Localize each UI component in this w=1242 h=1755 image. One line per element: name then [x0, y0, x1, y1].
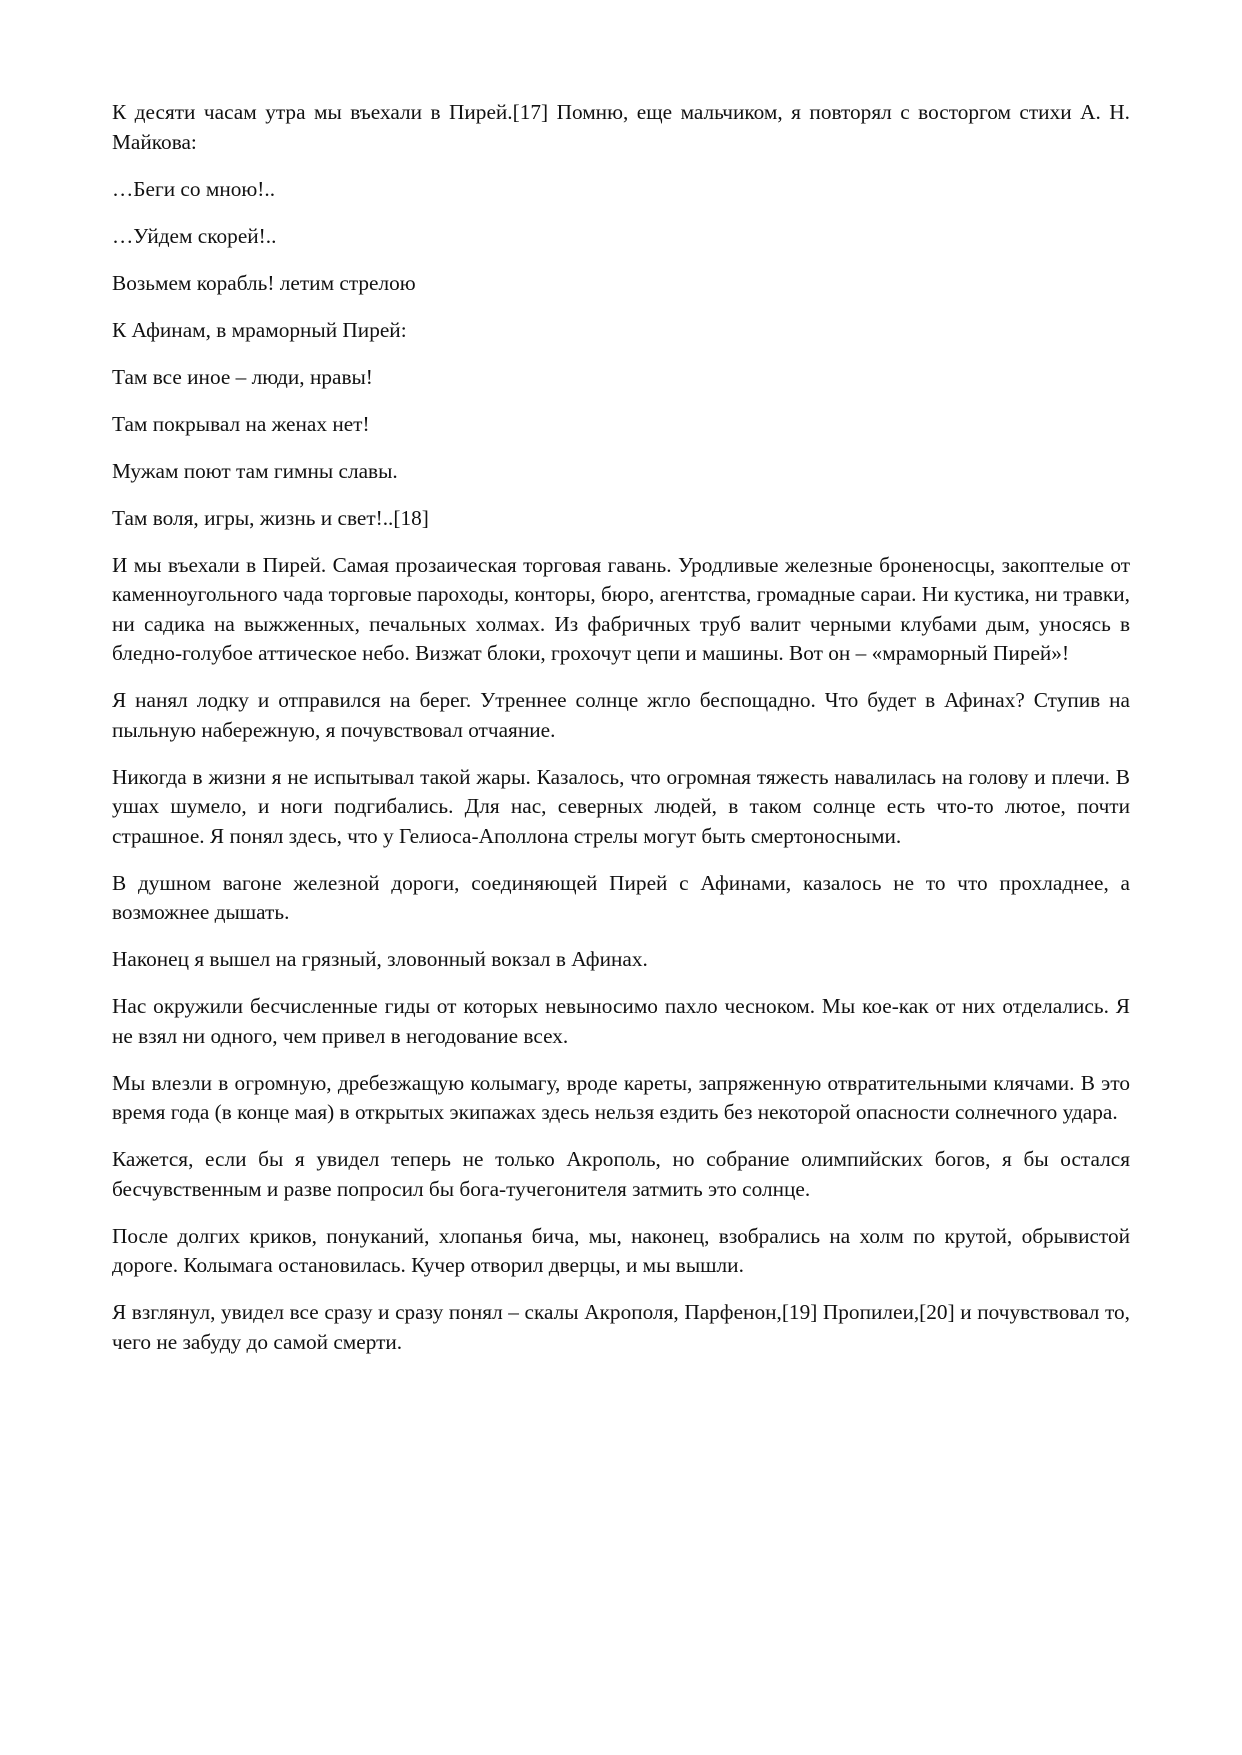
- paragraph-harbor-description: И мы въехали в Пирей. Самая прозаическая…: [112, 551, 1130, 669]
- paragraph-arrival-piraeus: К десяти часам утра мы въехали в Пирей.[…: [112, 98, 1130, 157]
- verse-line-1: …Беги со мною!..: [112, 175, 1130, 205]
- paragraph-heat: Никогда в жизни я не испытывал такой жар…: [112, 763, 1130, 852]
- verse-line-8: Там воля, игры, жизнь и свет!..[18]: [112, 504, 1130, 534]
- paragraph-acropolis-indifference: Кажется, если бы я увидел теперь не толь…: [112, 1145, 1130, 1204]
- paragraph-carriage-ride: Мы влезли в огромную, дребезжащую колыма…: [112, 1069, 1130, 1128]
- paragraph-guides: Нас окружили бесчисленные гиды от которы…: [112, 992, 1130, 1051]
- document-page: К десяти часам утра мы въехали в Пирей.[…: [112, 98, 1130, 1375]
- paragraph-first-sight: Я взглянул, увидел все сразу и сразу пон…: [112, 1298, 1130, 1357]
- paragraph-athens-station: Наконец я вышел на грязный, зловонный во…: [112, 945, 1130, 975]
- paragraph-railway-carriage: В душном вагоне железной дороги, соединя…: [112, 869, 1130, 928]
- verse-line-7: Мужам поют там гимны славы.: [112, 457, 1130, 487]
- verse-line-6: Там покрывал на женах нет!: [112, 410, 1130, 440]
- verse-line-3: Возьмем корабль! летим стрелою: [112, 269, 1130, 299]
- verse-line-2: …Уйдем скорей!..: [112, 222, 1130, 252]
- paragraph-hill-climb: После долгих криков, понуканий, хлопанья…: [112, 1222, 1130, 1281]
- verse-line-4: К Афинам, в мраморный Пирей:: [112, 316, 1130, 346]
- paragraph-boat-shore: Я нанял лодку и отправился на берег. Утр…: [112, 686, 1130, 745]
- verse-line-5: Там все иное – люди, нравы!: [112, 363, 1130, 393]
